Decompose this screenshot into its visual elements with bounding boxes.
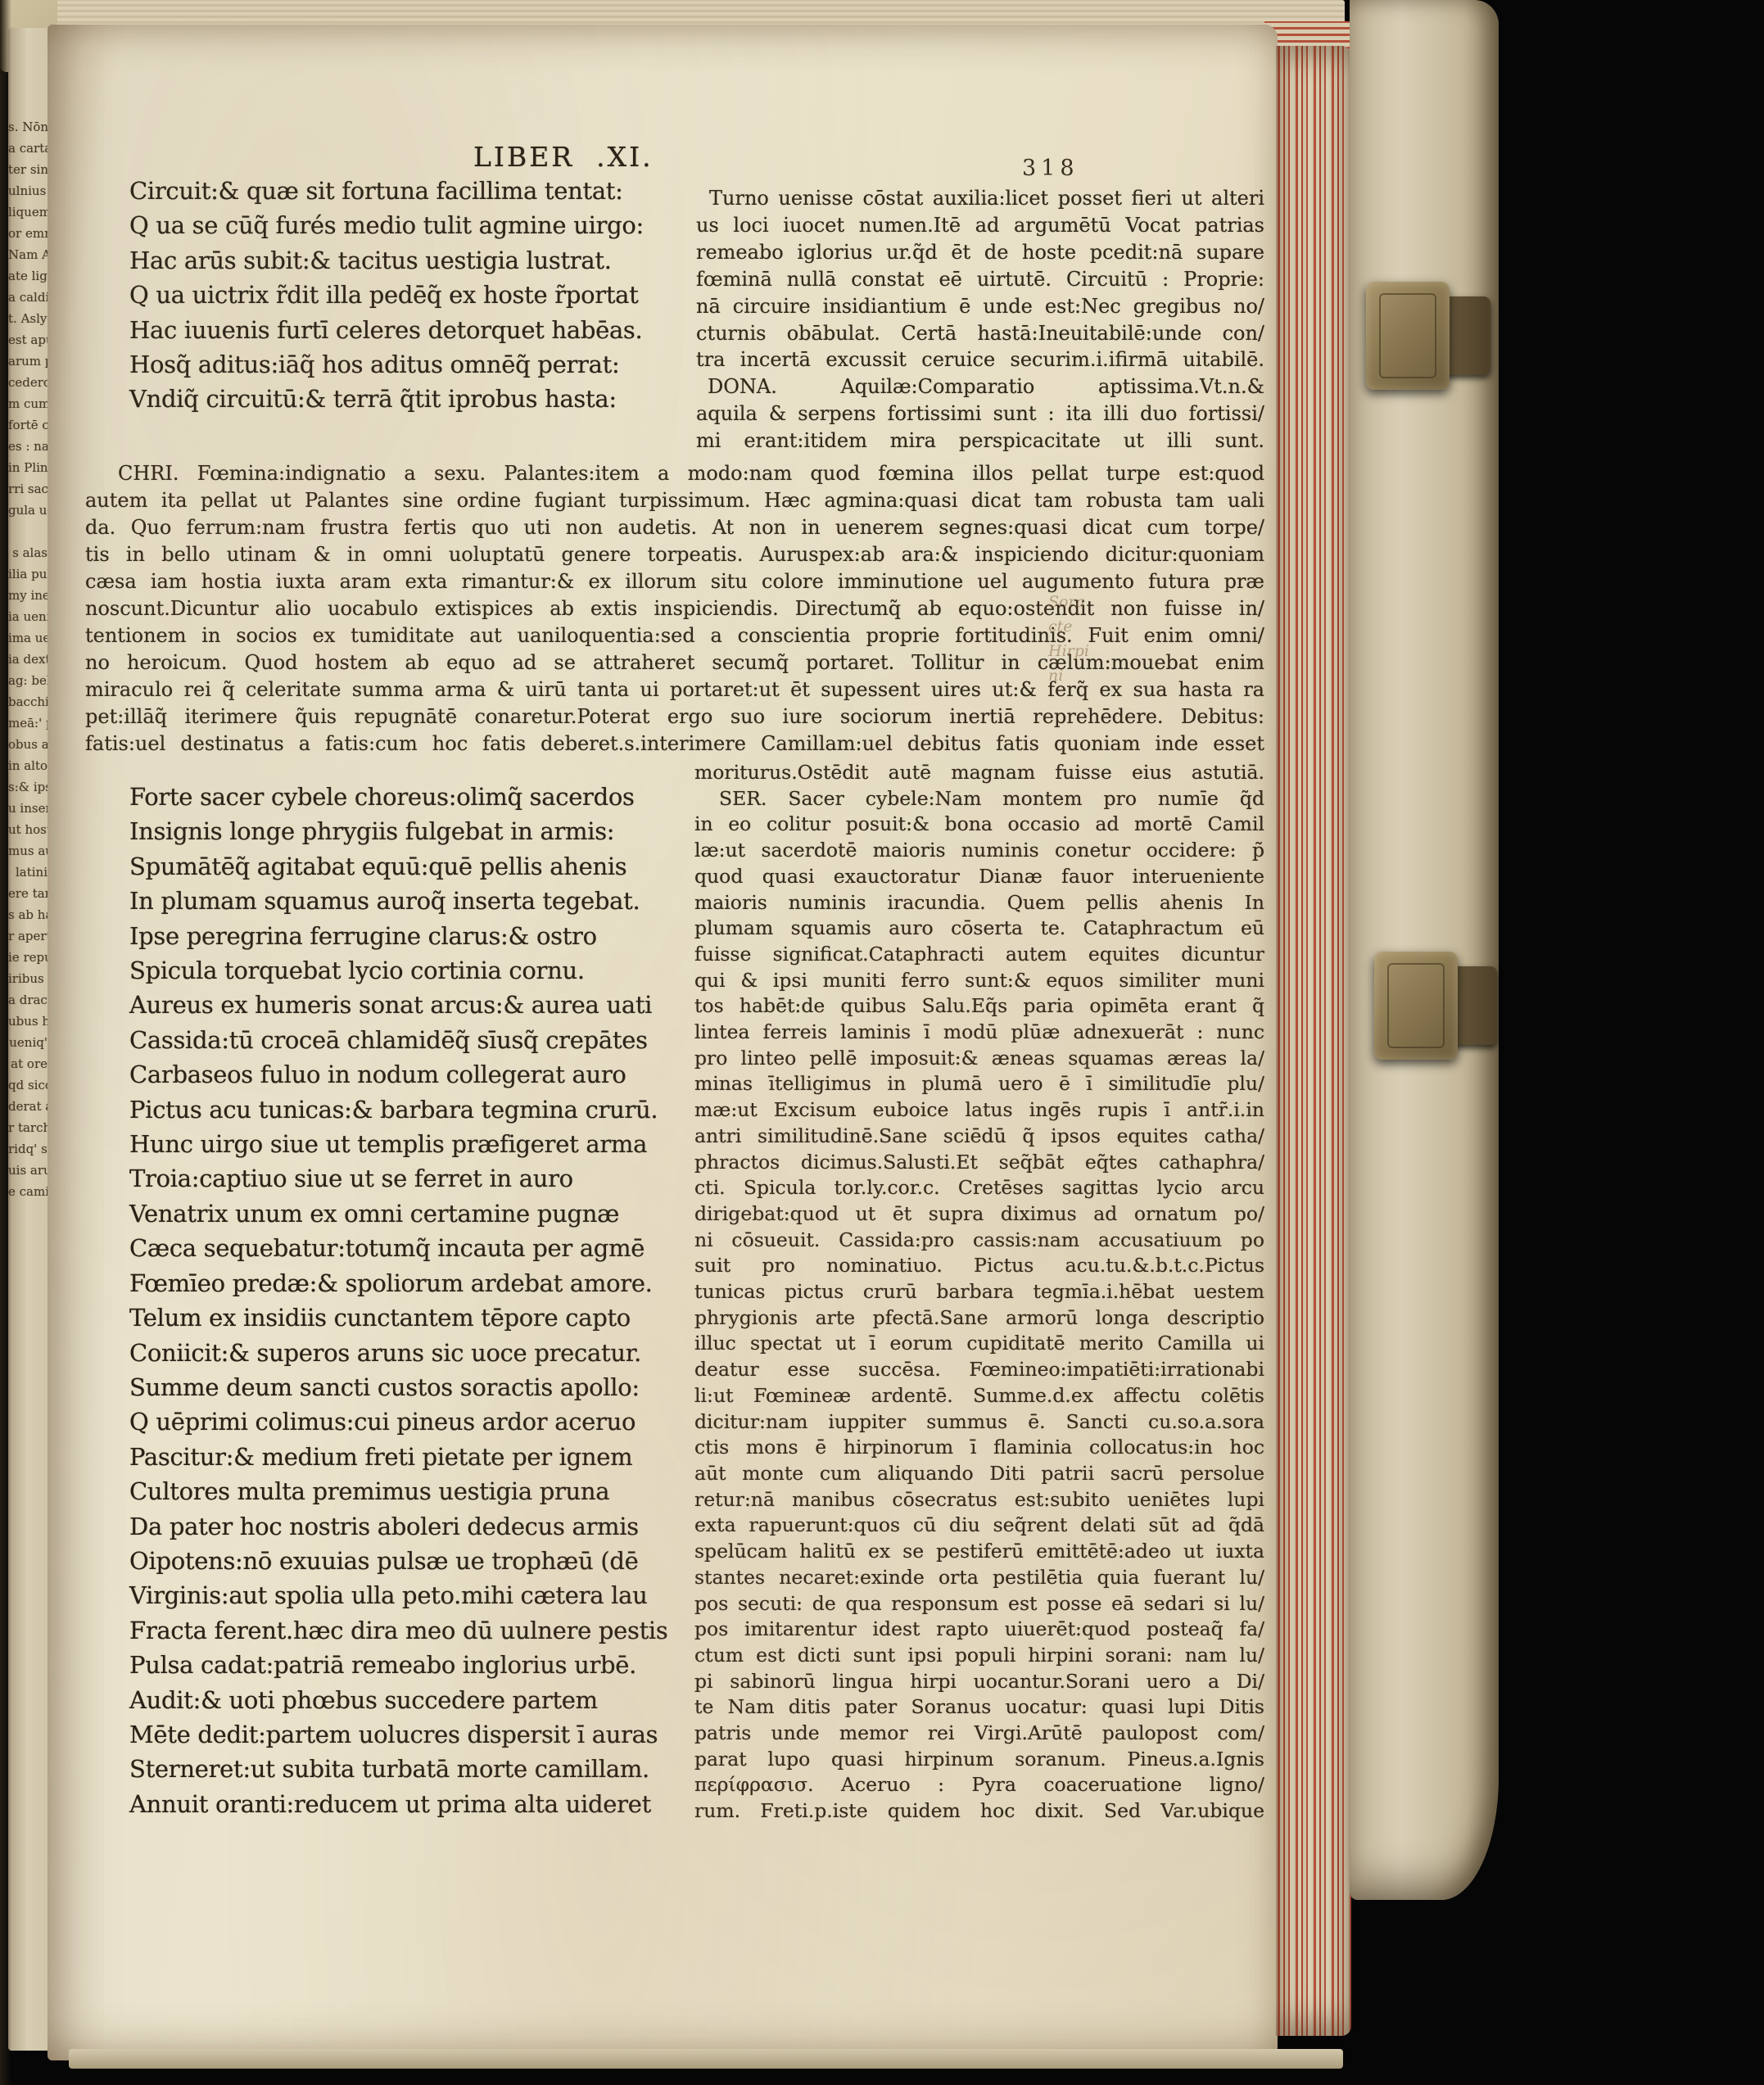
text-line: pro linteo pellē imposuit:& æneas squama… <box>694 1046 1264 1072</box>
text-line: Summe deum sancti custos soractis apollo… <box>129 1370 667 1404</box>
text-line: es : nam sic <box>8 436 51 457</box>
text-line: s. Nōnulle <box>8 116 51 138</box>
text-line: Annuit oranti:reducem ut prima alta uide… <box>129 1787 667 1821</box>
text-line: ima ueritt, <box>8 627 51 649</box>
text-line: Sora <box>1048 590 1089 614</box>
text-line: aquila & serpens fortissimi sunt : ita i… <box>696 400 1264 427</box>
spine-shadow <box>0 0 11 2085</box>
clasp-top <box>1366 282 1450 390</box>
text-line: rum. Freti.p.iste quidem hoc dixit. Sed … <box>694 1798 1264 1825</box>
text-line: t. Asly autem <box>8 308 51 329</box>
text-line: da. Quo ferrum:nam frustra fertis quo ut… <box>85 514 1264 541</box>
text-line: Q ua uictrix r̃dit illa pedēq̃ ex hoste … <box>129 278 644 312</box>
text-line: ueniq' <box>8 1032 51 1053</box>
text-line: Hirpi <box>1048 639 1089 663</box>
text-line: Coniicit:& superos aruns sic uoce precat… <box>129 1336 667 1370</box>
text-line: s ab hasta <box>8 904 51 925</box>
text-line: Circuit:& quæ sit fortuna facillima tent… <box>129 174 644 208</box>
text-line: spelūcam halitū ex se pestiferū emittētē… <box>694 1539 1264 1565</box>
running-title: LIBER .XI. <box>473 141 654 173</box>
text-line: DONA. Aquilæ:Comparatio aptissima.Vt.n.& <box>696 373 1264 400</box>
text-line: Cultores multa premimus uestigia pruna <box>129 1474 667 1508</box>
text-line: minas ītelligimus in plumā uero ē ī simi… <box>694 1071 1264 1097</box>
verse-block-2: Forte sacer cybele choreus:olimq̃ sacerd… <box>129 780 667 1821</box>
text-line: rri sacra est <box>8 478 51 500</box>
text-line: qd siccat <box>8 1074 51 1096</box>
text-line: u insert <box>8 798 51 819</box>
text-line: pi sabinorū lingua hirpi uocantur.Sorani… <box>694 1669 1264 1695</box>
text-line: cti. Spicula tor.ly.cor.c. Cretēses sagi… <box>694 1175 1264 1201</box>
commentary-top-right: Turno uenisse cōstat auxilia:licet posse… <box>696 185 1264 455</box>
clasp-bottom <box>1374 952 1458 1060</box>
text-line: tos habēt:de quibus Salu.Eq̃s paria opim… <box>694 993 1264 1020</box>
text-line: meā:' pex <box>8 712 51 734</box>
folio-number: 318 <box>1022 156 1079 181</box>
text-line: remeabo iglorius ur.q̃d ēt de hoste pced… <box>696 239 1264 266</box>
text-line: bacchi <box>8 691 51 712</box>
text-line: a cartarūis <box>8 138 51 159</box>
text-line: ilia pulsos, <box>8 563 51 585</box>
text-line: Ipse peregrina ferrugine clarus:& ostro <box>129 919 667 953</box>
text-line: in eo colitur posuit:& bona occasio ad m… <box>694 812 1264 838</box>
text-line: liquem obol' <box>8 201 51 223</box>
text-line: læ:ut sacerdotē maioris numinis conetur … <box>694 838 1264 864</box>
handwritten-margin-note: SoracteHirpini <box>1048 590 1089 688</box>
text-line: Nam Aunus <box>8 244 51 265</box>
text-line: tunicas pictus crurū barbara tegmīa.i.hē… <box>694 1279 1264 1305</box>
text-line: at ore <box>8 1053 51 1074</box>
text-line: ni cōsueuit. Cassida:pro cassis:nam accu… <box>694 1228 1264 1254</box>
text-line: quod quasi exauctoratur Dianæ fauor inte… <box>694 864 1264 890</box>
text-line: ridq' sucuti <box>8 1138 51 1160</box>
text-line: s:& ipse <box>8 776 51 798</box>
text-line: illuc spectat ut ī eorum cupiditatē meri… <box>694 1331 1264 1357</box>
text-line: suit pro nominatiuo. Pictus acu.tu.&.b.t… <box>694 1253 1264 1279</box>
text-line: Hac arūs subit:& tacitus uestigia lustra… <box>129 243 644 278</box>
text-line: pos secuti: de qua responsum est posse e… <box>694 1591 1264 1617</box>
text-line: Cassida:tū croceā chlamidēq̃ sīusq̃ crep… <box>129 1023 667 1057</box>
text-line: fatis:uel destinatus a fatis:cum hoc fat… <box>85 730 1264 758</box>
text-line: pos imitarentur idest rapto uiuerēt:quod… <box>694 1617 1264 1643</box>
text-line: ut hoste: <box>8 819 51 840</box>
text-line: latini <box>8 862 51 883</box>
text-line: ter sinē gd̃e <box>8 159 51 180</box>
text-line: Virginis:aut spolia ulla peto.mihi cæter… <box>129 1578 667 1612</box>
text-line: ctis mons ē hirpinorum ī flaminia colloc… <box>694 1435 1264 1461</box>
text-line: us loci iuocet numen.Itē ad argumētū Voc… <box>696 212 1264 239</box>
text-line: ia uenit' <box>8 606 51 627</box>
text-line: Oipotens:nō exuuias pulsæ ue trophæū (dē <box>129 1544 667 1578</box>
text-line: e camilla <box>8 1181 51 1202</box>
text-line: Q ua se cūq̃ furés medio tulit agmine ui… <box>129 208 644 242</box>
text-line: CHRI. Fœmina:indignatio a sexu. Palantes… <box>85 460 1264 487</box>
text-line: pet:illāq̃ iterimere q̃uis repugnātē con… <box>85 703 1264 730</box>
photo-of-incunable-page: s. Nōnullea cartarūister sinē gd̃eulnius… <box>0 0 1764 2085</box>
text-line: Spicula torquebat lycio cortinia cornu. <box>129 953 667 988</box>
text-line: Fœmīeo predæ:& spoliorum ardebat amore. <box>129 1266 667 1300</box>
text-line: fuisse significat.Cataphracti autem equi… <box>694 942 1264 968</box>
text-line: Cæca sequebatur:totumq̃ incauta per agmē <box>129 1231 667 1265</box>
previous-page-sliver: s. Nōnullea cartarūister sinē gd̃eulnius… <box>8 28 51 2051</box>
book-bottom-edge <box>69 2049 1343 2069</box>
text-line: Hac iuuenis furtī celeres detorquet habē… <box>129 313 644 347</box>
text-line <box>8 521 51 542</box>
text-line: phractos dicimus.Salusti.Et seq̃bāt eq̃t… <box>694 1150 1264 1176</box>
text-line: ubus heir <box>8 1011 51 1032</box>
text-line: patris unde memor rei Virgi.Arūtē paulop… <box>694 1721 1264 1747</box>
commentary-right-column: moriturus.Ostēdit autē magnam fuisse eiu… <box>694 760 1264 1825</box>
book-page: LIBER .XI. 318 Circuit:& quæ sit fortuna… <box>47 25 1278 2060</box>
text-line: te Nam ditis pater Soranus uocatur: quas… <box>694 1694 1264 1721</box>
text-line: SER. Sacer cybele:Nam montem pro numīe q… <box>694 786 1264 812</box>
text-line: retur:nā manibus cōsecratus est:subito u… <box>694 1487 1264 1513</box>
text-line: my inertes <box>8 585 51 606</box>
text-line: stantes necaret:exinde orta pestilētia q… <box>694 1565 1264 1591</box>
text-line: phrygionis arte pfectā.Sane armorū longa… <box>694 1305 1264 1332</box>
text-line: m cum est <box>8 393 51 414</box>
text-line: fortē cū ipsa <box>8 414 51 436</box>
text-line: in Plinius' <box>8 457 51 478</box>
text-line: lintea ferreis laminis ī modū plūæ adnex… <box>694 1020 1264 1046</box>
text-line: mæ:ut Excisum euboice latus ingēs rupis … <box>694 1097 1264 1124</box>
text-line: s alas <box>8 542 51 563</box>
text-line: Pascitur:& medium freti pietate per igne… <box>129 1440 667 1474</box>
text-line: arum placet <box>8 351 51 372</box>
text-line: li:ut Fœmineæ ardentē. Summe.d.ex affect… <box>694 1383 1264 1409</box>
text-line: ni <box>1048 663 1089 688</box>
text-line: nā circuire insidiantium ē unde est:Nec … <box>696 293 1264 320</box>
text-line: maioris numinis iracundia. Quem pellis a… <box>694 890 1264 916</box>
text-line: Hosq̃ aditus:iāq̃ hos aditus omnēq̃ perr… <box>129 347 644 382</box>
text-line: Da pater hoc nostris aboleri dedecus arm… <box>129 1509 667 1544</box>
text-line: antri similitudinē.Sane sciēdū q̃ ipsos … <box>694 1124 1264 1150</box>
text-line: ie repugnā <box>8 947 51 968</box>
verse-block-1: Circuit:& quæ sit fortuna facillima tent… <box>129 174 644 417</box>
text-line: uis aruns <box>8 1160 51 1181</box>
text-line: iribus cut, <box>8 968 51 989</box>
text-line: Q uēprimi colimus:cui pineus ardor aceru… <box>129 1404 667 1439</box>
text-line: cte <box>1048 614 1089 639</box>
text-line: deatur esse succēsa. Fœmineo:impatiēti:i… <box>694 1357 1264 1383</box>
text-line: Insignis longe phrygiis fulgebat in armi… <box>129 814 667 848</box>
text-line: cturnis obābulat. Certā hastā:Ineuitabil… <box>696 320 1264 347</box>
fore-edge-red-stripes <box>1276 46 1351 2036</box>
left-page-text-fragments: s. Nōnullea cartarūister sinē gd̃eulnius… <box>8 116 51 1202</box>
text-line: ag: bella: <box>8 670 51 691</box>
text-line: Sterneret:ut subita turbatā morte camill… <box>129 1752 667 1786</box>
text-line: fœminā nullā constat eē uirtutē. Circuit… <box>696 266 1264 293</box>
text-line: gula uenire, <box>8 500 51 521</box>
text-line: Forte sacer cybele choreus:olimq̃ sacerd… <box>129 780 667 814</box>
text-line: In plumam squamus auroq̃ inserta tegebat… <box>129 884 667 918</box>
text-line: Pulsa cadat:patriā remeabo inglorius urb… <box>129 1648 667 1682</box>
running-title-liber: LIBER <box>473 141 574 173</box>
text-line: Vndiq̃ circuitū:& terrā q̃tit iprobus ha… <box>129 382 644 416</box>
text-line: περίφρασισ. Aceruo : Pyra coaceruatione … <box>694 1772 1264 1798</box>
text-line: moriturus.Ostēdit autē magnam fuisse eiu… <box>694 760 1264 786</box>
running-title-numeral: .XI. <box>596 141 654 173</box>
text-line: aūt monte cum aliquando Diti patrii sacr… <box>694 1461 1264 1487</box>
text-line: mus aufert, <box>8 840 51 862</box>
text-line: Venatrix unum ex omni certamine pugnæ <box>129 1196 667 1231</box>
text-line: autem ita pellat ut Palantes sine ordine… <box>85 487 1264 514</box>
text-line: Aureus ex humeris sonat arcus:& aurea ua… <box>129 988 667 1022</box>
text-line: ate ligu <box>8 265 51 287</box>
text-line: Hunc uirgo siue ut templis præfigeret ar… <box>129 1127 667 1161</box>
text-line: Troia:captiuo siue ut se ferret in auro <box>129 1161 667 1196</box>
text-line: a draconē <box>8 989 51 1011</box>
text-line: qui & ipsi muniti ferro sunt:& equos sim… <box>694 968 1264 994</box>
text-line: tis in bello utinam & in omni uoluptatū … <box>85 541 1264 568</box>
text-line: Carbaseos fuluo in nodum collegerat auro <box>129 1057 667 1092</box>
text-line: r apertas, <box>8 925 51 947</box>
text-line: Turno uenisse cōstat auxilia:licet posse… <box>696 185 1264 212</box>
text-line: Pictus acu tunicas:& barbara tegmina cru… <box>129 1092 667 1127</box>
text-line: cedero.sentl' <box>8 372 51 393</box>
text-line: ia dextris <box>8 649 51 670</box>
text-line: or emm ligu <box>8 223 51 244</box>
text-line: obus arul' <box>8 734 51 755</box>
text-line: exta rapuerunt:quos cū diu seq̃rent dela… <box>694 1513 1264 1539</box>
text-line: derat alis: <box>8 1096 51 1117</box>
text-line: Spumātēq̃ agitabat equū:quē pellis aheni… <box>129 849 667 884</box>
text-line: Audit:& uoti phœbus succedere partem <box>129 1683 667 1717</box>
text-line: a calditras est <box>8 287 51 308</box>
text-line: Mēte dedit:partem uolucres dispersit ī a… <box>129 1717 667 1752</box>
text-line: plumam squamis auro cōserta te. Cataphra… <box>694 916 1264 942</box>
text-line: est apud Pla/ <box>8 329 51 351</box>
text-line: tra incertā excussit ceruice securim.i.i… <box>696 346 1264 373</box>
text-line: ctum est dicti sunt ipsi populi hirpini … <box>694 1643 1264 1669</box>
text-line: dirigebat:quod ut ēt supra diximus ad or… <box>694 1201 1264 1228</box>
text-line: ere tarchō <box>8 883 51 904</box>
text-line: parat lupo quasi hirpinum soranum. Pineu… <box>694 1747 1264 1773</box>
text-line: r tarchon <box>8 1117 51 1138</box>
text-line: in altos. <box>8 755 51 776</box>
text-line: Telum ex insidiis cunctantem tēpore capt… <box>129 1300 667 1335</box>
text-line: Fracta ferent.hæc dira meo dū uulnere pe… <box>129 1613 667 1648</box>
text-line: ulnius agēdo <box>8 180 51 201</box>
text-line: dicitur:nam iuppiter summus ē. Sancti cu… <box>694 1409 1264 1436</box>
text-line: mi erant:itidem mira perspicacitate ut i… <box>696 427 1264 455</box>
